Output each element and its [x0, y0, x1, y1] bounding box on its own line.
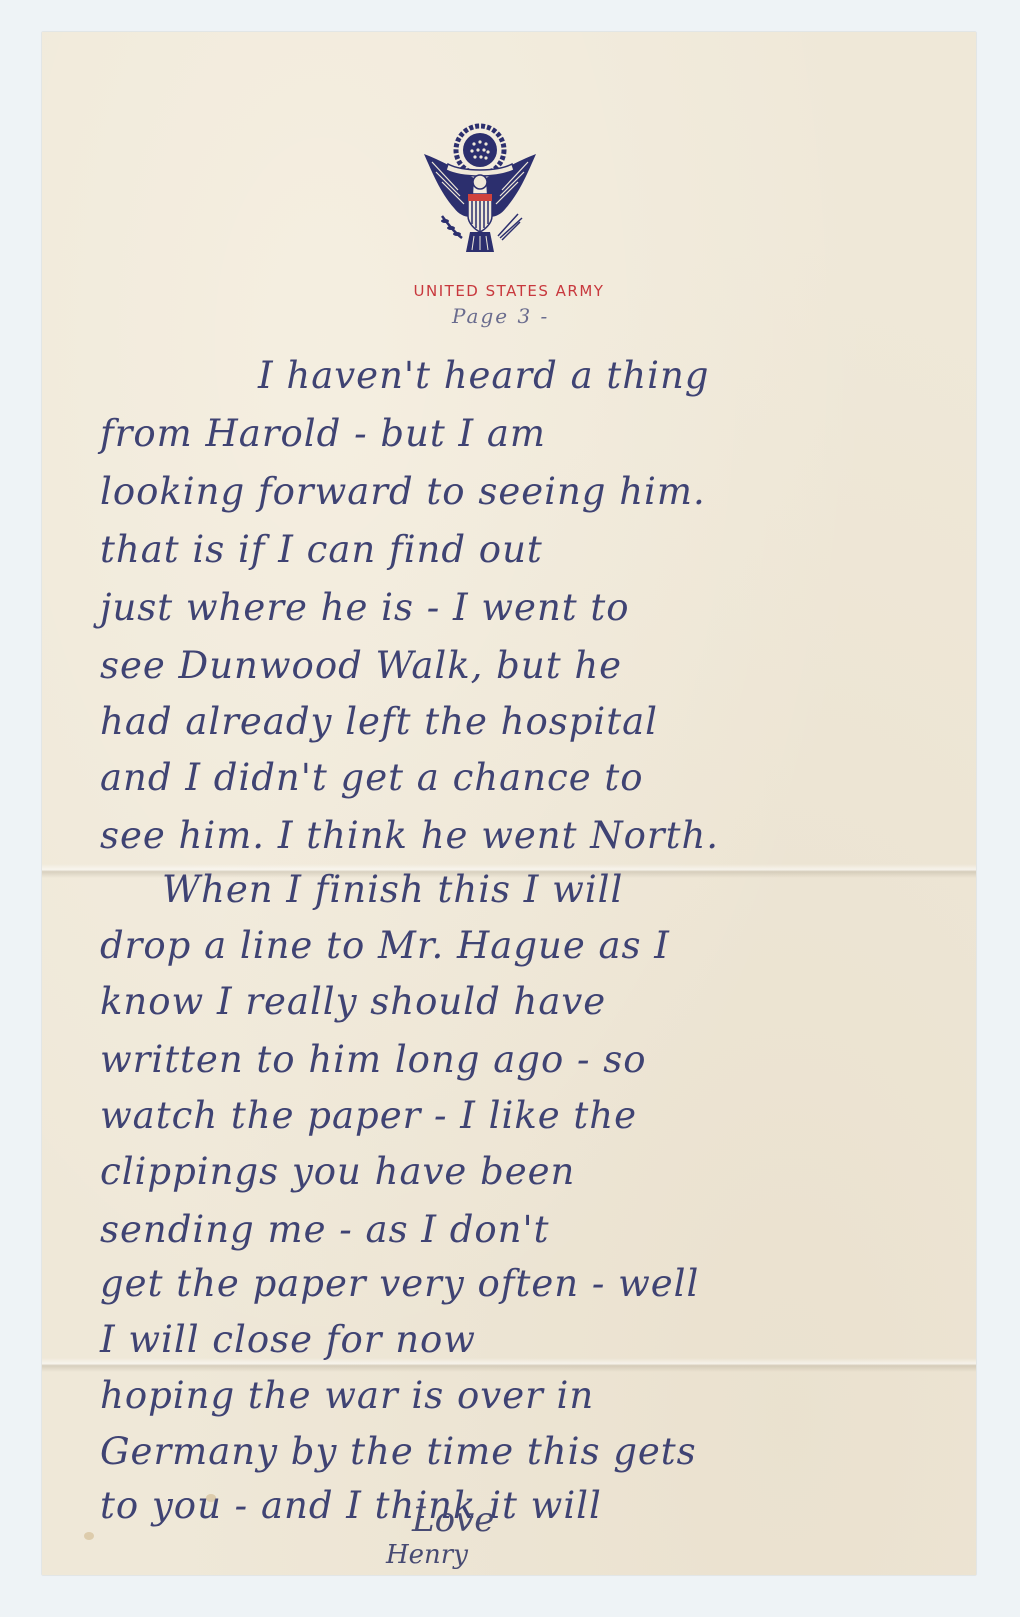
letter-line: clippings you have been: [100, 1150, 575, 1193]
letter-line: I will close for now: [100, 1318, 476, 1361]
letter-line: from Harold - but I am: [100, 412, 546, 455]
letter-line: that is if I can find out: [100, 528, 543, 571]
valediction: Love: [412, 1500, 494, 1540]
letter-line: sending me - as I don't: [100, 1208, 550, 1251]
paper-stain: [206, 1494, 216, 1502]
letter-line: Germany by the time this gets: [100, 1430, 697, 1473]
letter-line: get the paper very often - well: [100, 1262, 699, 1305]
organization-name: UNITED STATES ARMY: [42, 282, 976, 300]
letter-line: to you - and I think it will: [100, 1484, 602, 1527]
letter-line: see him. I think he went North.: [100, 814, 719, 857]
letter-line: know I really should have: [100, 980, 606, 1023]
signature: Henry: [386, 1540, 468, 1570]
letter-line: see Dunwood Walk, but he: [100, 644, 622, 687]
letter-line: written to him long ago - so: [100, 1038, 647, 1081]
letter-page: UNITED STATES ARMY Page 3 - I haven't he…: [42, 32, 976, 1575]
letter-line: hoping the war is over in: [100, 1374, 594, 1417]
great-seal-eagle-icon: [418, 120, 542, 260]
letter-line: just where he is - I went to: [100, 586, 630, 629]
paper-stain: [84, 1532, 94, 1540]
letter-line: When I finish this I will: [162, 868, 623, 911]
letter-line: looking forward to seeing him.: [100, 470, 706, 513]
letter-line: had already left the hospital: [100, 700, 658, 743]
letter-line: I haven't heard a thing: [258, 354, 709, 397]
page-number-label: Page 3 -: [452, 304, 549, 328]
letter-line: and I didn't get a chance to: [100, 756, 644, 799]
letter-line: drop a line to Mr. Hague as I: [100, 924, 670, 967]
letter-line: watch the paper - I like the: [100, 1094, 637, 1137]
